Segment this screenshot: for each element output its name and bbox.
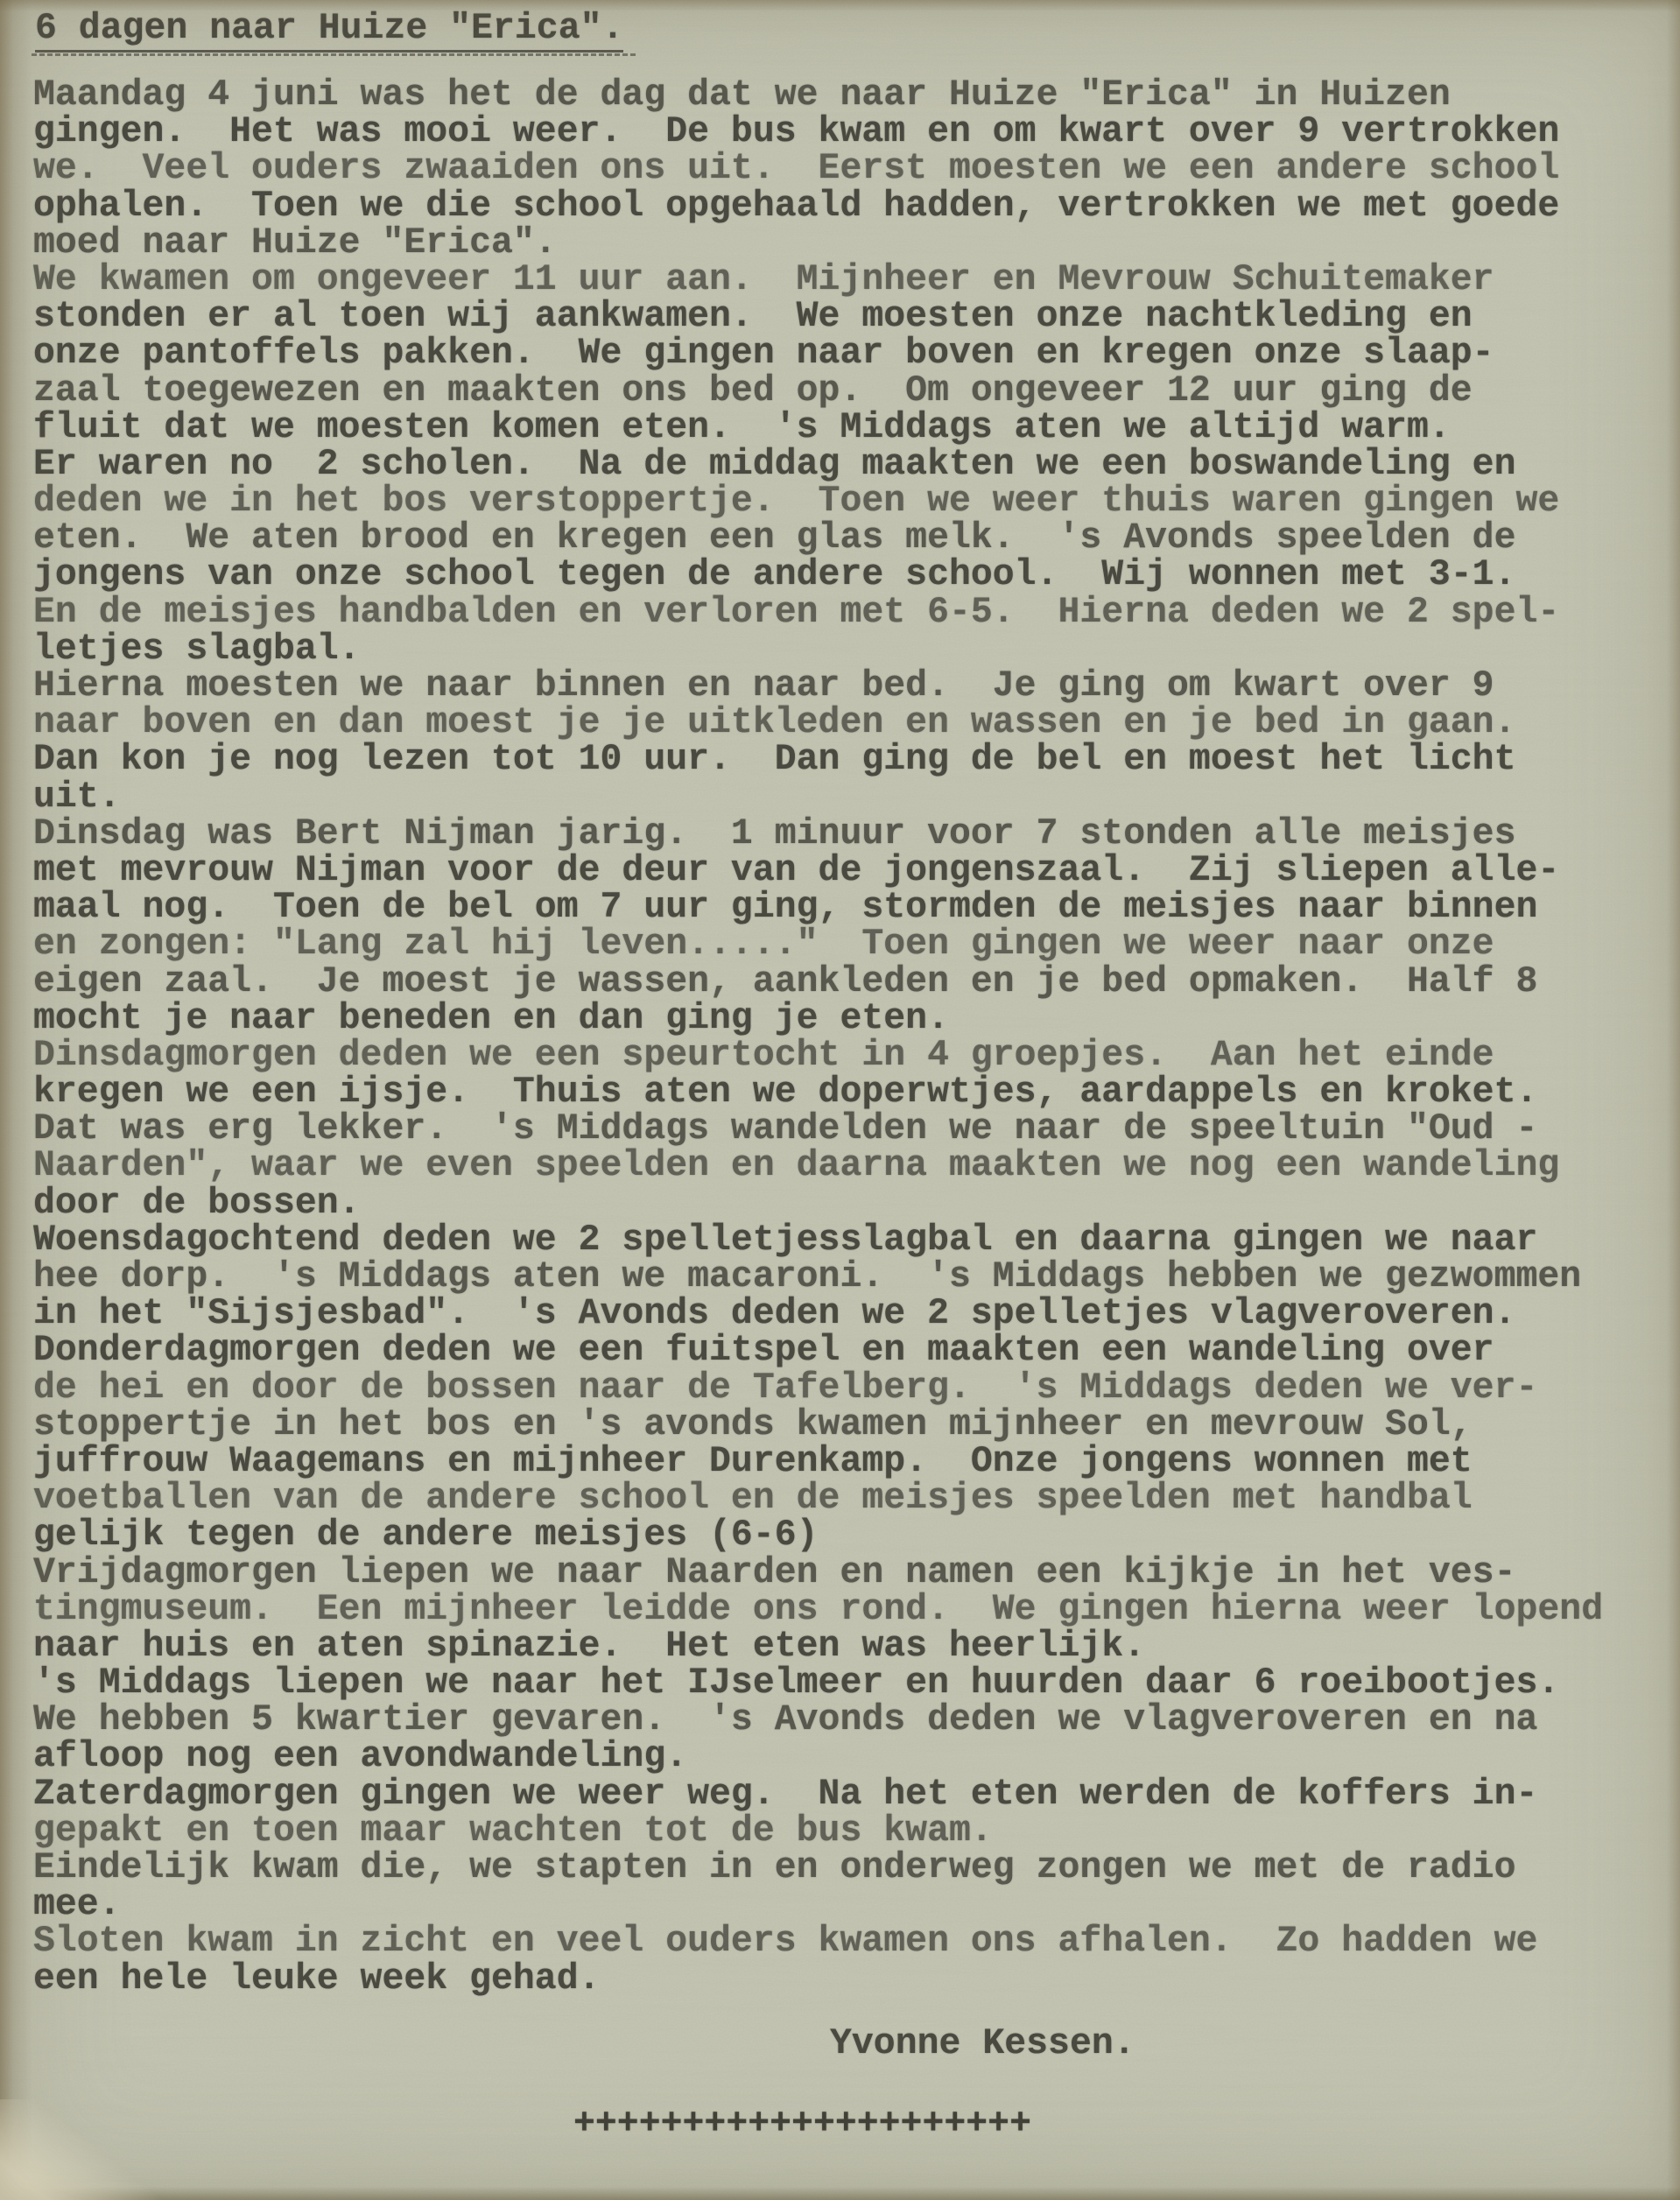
- typed-line: onze pantoffels pakken. We gingen naar b…: [33, 335, 1603, 372]
- typed-line: En de meisjes handbalden en verloren met…: [33, 594, 1603, 631]
- typed-text-body: Maandag 4 juni was het de dag dat we naa…: [33, 77, 1603, 1998]
- typed-line: We hebben 5 kwartier gevaren. 's Avonds …: [33, 1702, 1603, 1739]
- typed-line: letjes slagbal.: [33, 631, 1603, 668]
- typed-line: door de bossen.: [33, 1185, 1603, 1222]
- typed-line: ophalen. Toen we die school opgehaald ha…: [33, 188, 1603, 225]
- typed-line: met mevrouw Nijman voor de deur van de j…: [33, 853, 1603, 889]
- page-corner-curl: [0, 2099, 175, 2200]
- typed-line: jongens van onze school tegen de andere …: [33, 557, 1603, 594]
- typed-line: mee.: [33, 1887, 1603, 1923]
- signature: Yvonne Kessen.: [830, 2026, 1135, 2063]
- typed-line: deden we in het bos verstoppertje. Toen …: [33, 483, 1603, 520]
- typed-line: eten. We aten brood en kregen een glas m…: [33, 520, 1603, 557]
- typed-line: Maandag 4 juni was het de dag dat we naa…: [33, 77, 1603, 114]
- typed-line: gelijk tegen de andere meisjes (6-6): [33, 1517, 1603, 1554]
- typed-line: Sloten kwam in zicht en veel ouders kwam…: [33, 1923, 1603, 1960]
- typed-line: en zongen: "Lang zal hij leven....." Toe…: [33, 926, 1603, 963]
- typed-line: moed naar Huize "Erica".: [33, 225, 1603, 262]
- typed-line: Dinsdagmorgen deden we een speurtocht in…: [33, 1037, 1603, 1074]
- typed-line: afloop nog een avondwandeling.: [33, 1739, 1603, 1775]
- typed-line: voetballen van de andere school en de me…: [33, 1480, 1603, 1517]
- typed-line: naar huis en aten spinazie. Het eten was…: [33, 1628, 1603, 1665]
- typed-line: maal nog. Toen de bel om 7 uur ging, sto…: [33, 889, 1603, 926]
- typed-line: Zaterdagmorgen gingen we weer weg. Na he…: [33, 1776, 1603, 1813]
- typed-line: Hierna moesten we naar binnen en naar be…: [33, 668, 1603, 705]
- page-title-text: 6 dagen naar Huize "Erica".: [35, 11, 623, 53]
- typed-line: kregen we een ijsje. Thuis aten we doper…: [33, 1074, 1603, 1111]
- typed-line: Naarden", waar we even speelden en daarn…: [33, 1148, 1603, 1184]
- typed-line: stoppertje in het bos en 's avonds kwame…: [33, 1407, 1603, 1444]
- typed-line: stonden er al toen wij aankwamen. We moe…: [33, 299, 1603, 335]
- typed-line: Dinsdag was Bert Nijman jarig. 1 minuur …: [33, 816, 1603, 853]
- footer-decoration: +++++++++++++++++++++: [573, 2106, 1031, 2143]
- page-edge-shadow-left: [0, 0, 32, 2200]
- typed-line: Er waren no 2 scholen. Na de middag maak…: [33, 446, 1603, 483]
- typed-line: in het "Sijsjesbad". 's Avonds deden we …: [33, 1296, 1603, 1332]
- typed-line: naar boven en dan moest je je uitkleden …: [33, 705, 1603, 742]
- page-edge-shadow-bottom: [0, 2187, 1680, 2200]
- typed-line: Woensdagochtend deden we 2 spelletjessla…: [33, 1222, 1603, 1259]
- typed-line: gingen. Het was mooi weer. De bus kwam e…: [33, 114, 1603, 151]
- typed-line: fluit dat we moesten komen eten. 's Midd…: [33, 410, 1603, 446]
- typed-line: we. Veel ouders zwaaiden ons uit. Eerst …: [33, 151, 1603, 187]
- typed-line: gepakt en toen maar wachten tot de bus k…: [33, 1813, 1603, 1850]
- typed-line: We kwamen om ongeveer 11 uur aan. Mijnhe…: [33, 262, 1603, 299]
- typed-line: Dat was erg lekker. 's Middags wandelden…: [33, 1111, 1603, 1148]
- typed-line: Donderdagmorgen deden we een fuitspel en…: [33, 1332, 1603, 1369]
- typed-line: 's Middags liepen we naar het IJselmeer …: [33, 1665, 1603, 1702]
- typed-line: hee dorp. 's Middags aten we macaroni. '…: [33, 1259, 1603, 1296]
- typed-line: mocht je naar beneden en dan ging je ete…: [33, 1001, 1603, 1037]
- typed-line: tingmuseum. Een mijnheer leidde ons rond…: [33, 1592, 1603, 1628]
- typed-line: de hei en door de bossen naar de Tafelbe…: [33, 1370, 1603, 1407]
- typed-line: juffrouw Waagemans en mijnheer Durenkamp…: [33, 1444, 1603, 1480]
- typed-line: Vrijdagmorgen liepen we naar Naarden en …: [33, 1555, 1603, 1592]
- page-title: 6 dagen naar Huize "Erica".: [35, 11, 623, 53]
- typed-line: uit.: [33, 779, 1603, 816]
- typed-line: Eindelijk kwam die, we stapten in en ond…: [33, 1850, 1603, 1887]
- typed-line: Dan kon je nog lezen tot 10 uur. Dan gin…: [33, 742, 1603, 778]
- page-edge-shadow-right: [1667, 0, 1680, 2200]
- typed-line: eigen zaal. Je moest je wassen, aanklede…: [33, 964, 1603, 1001]
- typed-line: zaal toegewezen en maakten ons bed op. O…: [33, 373, 1603, 410]
- typed-line: een hele leuke week gehad.: [33, 1961, 1603, 1998]
- scanned-page: 6 dagen naar Huize "Erica". Maandag 4 ju…: [0, 0, 1680, 2200]
